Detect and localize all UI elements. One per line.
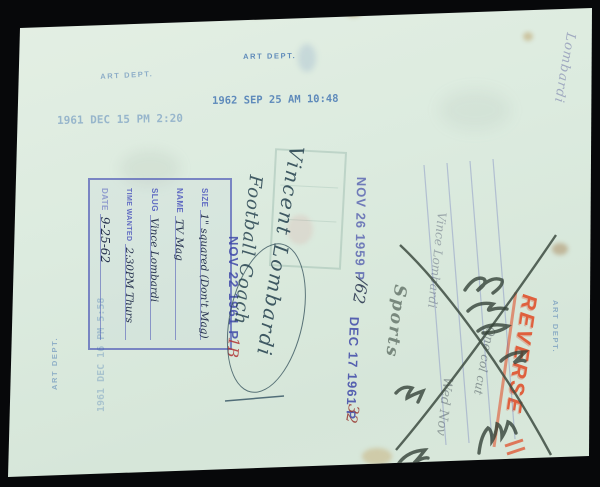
- ink-underline: [225, 396, 284, 401]
- wed-nov-pencil-note: Wed Nov: [429, 376, 455, 469]
- form-rule: 2:30PM Thurs: [125, 244, 151, 340]
- date-stamp-nov-26-1959: NOV 26 1959 P: [352, 177, 369, 287]
- art-dept-stamp-top-left: ART DEPT.: [100, 69, 154, 81]
- timestamp-sep-25-1962: 1962 SEP 25 AM 10:48: [212, 93, 339, 107]
- ink-smudge: [298, 44, 316, 72]
- form-row: TIME WANTED 2:30PM Thurs: [125, 188, 150, 340]
- form-row: SIZE 1" squared (Don't Mag): [200, 188, 225, 340]
- form-rule: 1" squared (Don't Mag): [200, 210, 226, 340]
- red-mark-after-dec-17: 32: [342, 403, 363, 425]
- form-rule: TV Mag: [175, 216, 201, 340]
- art-dept-stamp-right-edge: ART DEPT.: [551, 300, 560, 353]
- photo-request-form: SIZE 1" squared (Don't Mag) NAME TV Mag …: [88, 178, 232, 350]
- pencil-scribble: [396, 387, 423, 402]
- pencil-scribble: [468, 303, 507, 311]
- form-field-value: 9-25-62: [98, 217, 112, 263]
- form-field-label: SLUG: [150, 188, 159, 215]
- paper-stain: [523, 32, 533, 41]
- paper-stain: [345, 6, 362, 17]
- form-rule: Vince Lombardi: [150, 215, 176, 340]
- form-field-label: DATE: [100, 188, 109, 214]
- ink-mark-after-nov-26: /62: [349, 277, 372, 306]
- reverse-crayon-note: REVERSE: [493, 292, 541, 450]
- art-dept-stamp-left-edge: ART DEPT.: [50, 337, 59, 390]
- form-field-label: SIZE: [200, 188, 209, 210]
- vince-lombardi-pencil-note: Vince Lombardi: [422, 212, 449, 335]
- timestamp-dec-16-1961: 1961 DEC 16 PM 5:58: [96, 290, 107, 412]
- paper-smudge: [440, 90, 510, 130]
- art-dept-stamp-top-center: ART DEPT.: [243, 51, 296, 61]
- paper-stain: [240, 4, 270, 17]
- form-row: NAME TV Mag: [175, 188, 200, 340]
- timestamp-dec-15-1961: 1961 DEC 15 PM 2:20: [57, 112, 183, 127]
- paper-stain: [552, 243, 568, 255]
- corner-pencil-note: Lombardi: [547, 31, 578, 127]
- form-row: SLUG Vince Lombardi: [150, 188, 175, 340]
- pencil-scribble: [399, 450, 428, 463]
- pencil-scribble: [465, 278, 502, 293]
- sports-pencil-note: Sports: [373, 284, 410, 425]
- paper-stain: [362, 448, 392, 465]
- form-field-label: NAME: [175, 188, 184, 216]
- photo-paper: ART DEPT. 1961 DEC 15 PM 2:20 ART DEPT. …: [0, 0, 600, 487]
- one-col-cut-pencil-note: One col cut: [464, 325, 498, 431]
- form-field-label: TIME WANTED: [125, 188, 132, 244]
